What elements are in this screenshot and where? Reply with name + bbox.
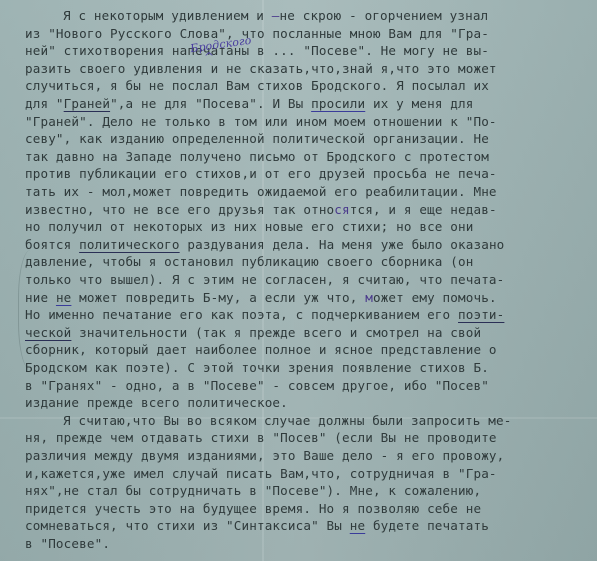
text-segment: и,кажется,уже имел случай писать Вам,что… — [25, 466, 497, 481]
pen-correction: ся — [334, 202, 349, 217]
pen-correction: м — [365, 290, 373, 305]
text-segment: нях",не стал бы сотрудничать в "Посеве")… — [25, 483, 481, 498]
text-line: придется учесть это на будущее время. Но… — [25, 501, 481, 517]
text-line: ние не может повредить Б-му, а если уж ч… — [25, 290, 497, 306]
underlined-word: поэти- — [458, 307, 504, 322]
text-line: Я считаю,что Вы во всяком случае должны … — [63, 413, 511, 429]
text-segment: будете печатать — [365, 518, 489, 533]
text-segment: севу", как изданию определенной политиче… — [25, 131, 489, 146]
text-segment: издание прежде всего политическое. — [25, 395, 288, 410]
text-segment: ней" стихотворения напечатаны в ... "Пос… — [25, 43, 489, 58]
underlined-word: политического — [79, 237, 180, 252]
text-segment: ожет ему помочь. — [373, 290, 497, 305]
pen-underlined-word: просили — [311, 96, 365, 111]
text-line: из "Нового Русского Слова", что посланны… — [25, 26, 489, 42]
text-segment: известно, что не все его друзья так отно — [25, 202, 334, 217]
text-line: Я с некоторым удивлением и –не скрою - о… — [63, 8, 488, 24]
text-segment: ние — [25, 290, 56, 305]
text-segment: сомневаться, что стихи из "Синтаксиса" В… — [25, 518, 350, 533]
text-segment: ня, прежде чем отдавать стихи в "Посев" … — [25, 430, 497, 445]
text-segment: но получил от некоторых из них новые его… — [25, 219, 473, 234]
text-segment: сборник, который дает наиболее полное и … — [25, 342, 497, 357]
text-segment: давление, чтобы я остановил публикацию с… — [25, 254, 473, 269]
text-segment: не скрою - огорчением узнал — [280, 8, 489, 23]
text-segment: придется учесть это на будущее время. Но… — [25, 501, 481, 516]
text-segment: "Граней". Дело не только в том или ином … — [25, 114, 497, 129]
text-segment: в "Посеве". — [25, 536, 110, 551]
text-line: "Граней". Дело не только в том или ином … — [25, 114, 497, 130]
text-line: ней" стихотворения напечатаны в ... "Пос… — [25, 43, 489, 59]
text-line: сомневаться, что стихи из "Синтаксиса" В… — [25, 518, 489, 534]
text-line: боятся политического раздувания дела. На… — [25, 237, 504, 253]
pen-correction: – — [272, 8, 280, 23]
pen-underlined-word: не — [350, 518, 365, 533]
text-segment: значительности (так я прежде всего и смо… — [71, 325, 481, 340]
text-segment: в "Гранях" - одно, а в "Посеве" - совсем… — [25, 378, 489, 393]
text-line: разить своего удивления и не сказать,что… — [25, 61, 497, 77]
text-segment: тать их - мол,может повредить ожидаемой … — [25, 184, 497, 199]
text-line: так давно на Западе получено письмо от Б… — [25, 149, 489, 165]
text-line: только что вышел). Я с этим не согласен,… — [25, 272, 504, 288]
text-line: ня, прежде чем отдавать стихи в "Посев" … — [25, 430, 497, 446]
text-segment: может повредить Б-му, а если уж что, — [71, 290, 365, 305]
text-line: ческой значительности (так я прежде всег… — [25, 325, 481, 341]
pen-underlined-word: не — [56, 290, 71, 305]
text-line: различия между двумя изданиями, это Ваше… — [25, 448, 504, 464]
text-segment: против публикации его стихов,и от его др… — [25, 166, 497, 181]
text-line: Бродском как поэте). С этой точки зрения… — [25, 360, 489, 376]
text-line: но получил от некоторых из них новые его… — [25, 219, 473, 235]
typed-letter-page: Я с некоторым удивлением и –не скрою - о… — [0, 0, 597, 561]
text-segment: для " — [25, 96, 64, 111]
text-segment: из "Нового Русского Слова", что посланны… — [25, 26, 489, 41]
text-segment: их у меня для — [365, 96, 473, 111]
text-line: нях",не стал бы сотрудничать в "Посеве")… — [25, 483, 481, 499]
underlined-word: Граней — [64, 96, 110, 111]
text-line: в "Посеве". — [25, 536, 110, 552]
text-line: сборник, который дает наиболее полное и … — [25, 342, 497, 358]
text-segment: боятся — [25, 237, 79, 252]
text-segment: разить своего удивления и не сказать,что… — [25, 61, 497, 76]
text-segment: тся, и я еще недав- — [350, 202, 497, 217]
text-segment: различия между двумя изданиями, это Ваше… — [25, 448, 504, 463]
caret-mark: ^ — [204, 50, 214, 64]
text-segment: Я считаю,что Вы во всяком случае должны … — [63, 413, 511, 428]
text-segment: ",а не для "Посева". И Вы — [110, 96, 311, 111]
text-line: для "Граней",а не для "Посева". И Вы про… — [25, 96, 474, 112]
text-line: против публикации его стихов,и от его др… — [25, 166, 497, 182]
text-line: в "Гранях" - одно, а в "Посеве" - совсем… — [25, 378, 489, 394]
text-line: издание прежде всего политическое. — [25, 395, 288, 411]
text-line: Но именно печатание его как поэта, с под… — [25, 307, 504, 323]
text-line: севу", как изданию определенной политиче… — [25, 131, 489, 147]
text-line: давление, чтобы я остановил публикацию с… — [25, 254, 473, 270]
text-segment: так давно на Западе получено письмо от Б… — [25, 149, 489, 164]
text-segment: Я с некоторым удивлением и — [63, 8, 272, 23]
text-line: и,кажется,уже имел случай писать Вам,что… — [25, 466, 497, 482]
text-segment: Но именно печатание его как поэта, с под… — [25, 307, 458, 322]
text-line: случиться, я бы не послал Вам стихов Бро… — [25, 78, 489, 94]
text-segment: случиться, я бы не послал Вам стихов Бро… — [25, 78, 489, 93]
underlined-word: ческой — [25, 325, 71, 340]
text-segment: только что вышел). Я с этим не согласен,… — [25, 272, 504, 287]
text-line: тать их - мол,может повредить ожидаемой … — [25, 184, 497, 200]
text-segment: раздувания дела. На меня уже было оказан… — [180, 237, 505, 252]
text-line: известно, что не все его друзья так отно… — [25, 202, 497, 218]
text-segment: Бродском как поэте). С этой точки зрения… — [25, 360, 489, 375]
